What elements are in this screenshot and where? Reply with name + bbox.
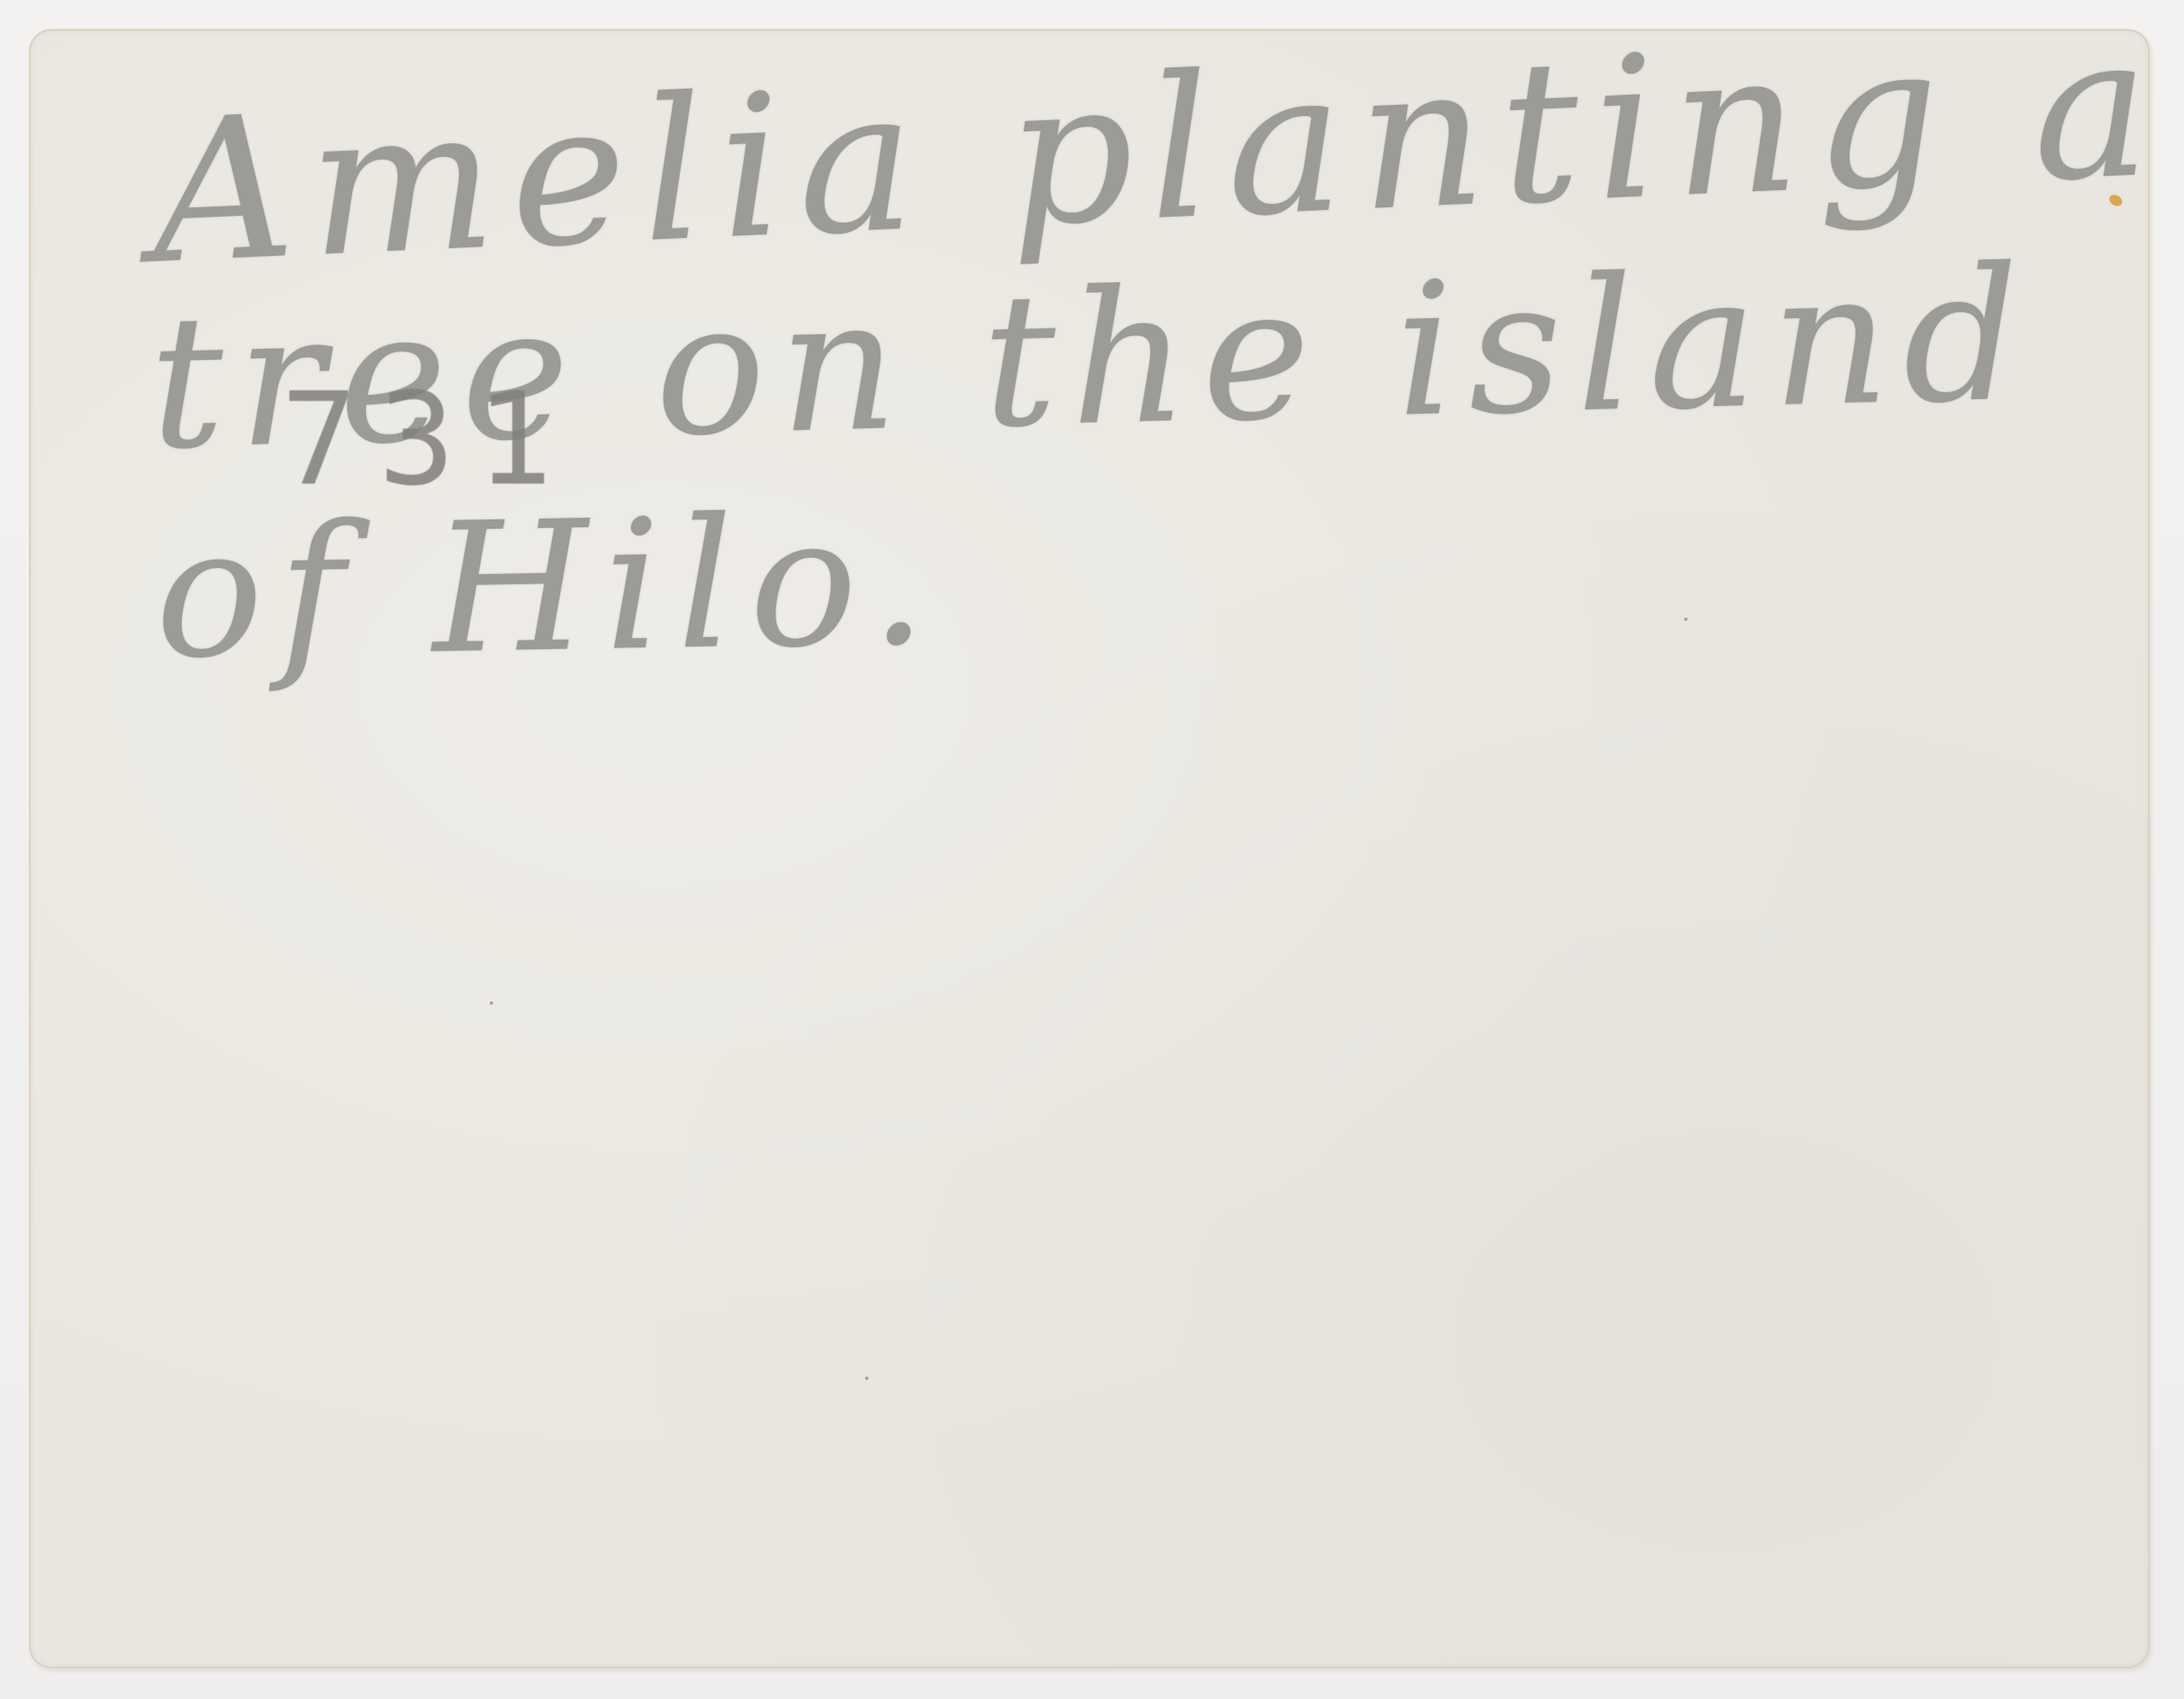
inscription-line-3: of Hilo. xyxy=(154,476,944,699)
paper-speck xyxy=(490,1001,493,1005)
paper-speck xyxy=(865,1377,868,1380)
scan-background: Amelia planting a tree on the island 731… xyxy=(0,0,2184,1699)
paper-speck xyxy=(1684,618,1687,621)
photo-card-back: Amelia planting a tree on the island 731… xyxy=(29,29,2150,1668)
